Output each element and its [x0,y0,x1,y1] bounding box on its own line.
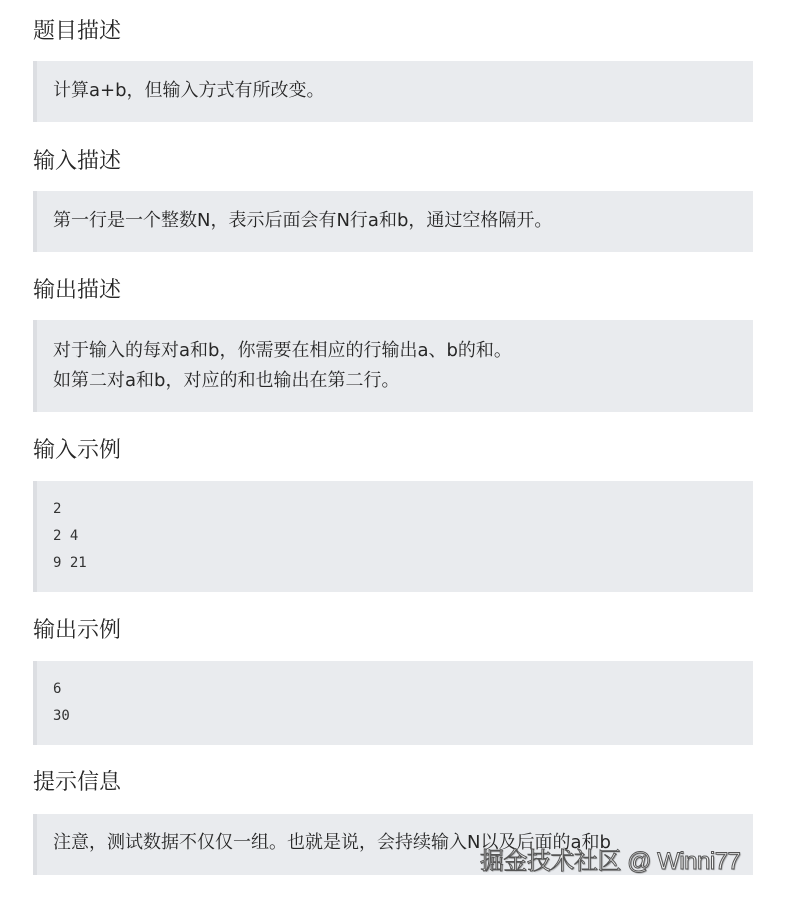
input-description-box: 第一行是一个整数N，表示后面会有N行a和b，通过空格隔开。 [33,191,753,252]
heading-input-example: 输入示例 [33,436,121,466]
output-description-line-1: 对于输入的每对a和b，你需要在相应的行输出a、b的和。 [53,336,753,366]
problem-description-box: 计算a+b，但输入方式有所改变。 [33,61,753,122]
problem-description-text: 计算a+b，但输入方式有所改变。 [53,76,753,106]
watermark: 掘金技术社区 @ Winni77 [480,845,740,879]
heading-hint: 提示信息 [33,768,121,798]
input-example-code: 2 2 4 9 21 [53,496,753,577]
heading-problem-description: 题目描述 [33,17,121,47]
heading-output-example: 输出示例 [33,616,121,646]
input-example-box: 2 2 4 9 21 [33,481,753,592]
output-example-box: 6 30 [33,661,753,745]
heading-output-description: 输出描述 [33,276,121,306]
output-description-line-2: 如第二对a和b，对应的和也输出在第二行。 [53,366,753,396]
output-description-box: 对于输入的每对a和b，你需要在相应的行输出a、b的和。 如第二对a和b，对应的和… [33,320,753,412]
output-example-code: 6 30 [53,676,753,730]
input-description-text: 第一行是一个整数N，表示后面会有N行a和b，通过空格隔开。 [53,206,753,236]
heading-input-description: 输入描述 [33,147,121,177]
